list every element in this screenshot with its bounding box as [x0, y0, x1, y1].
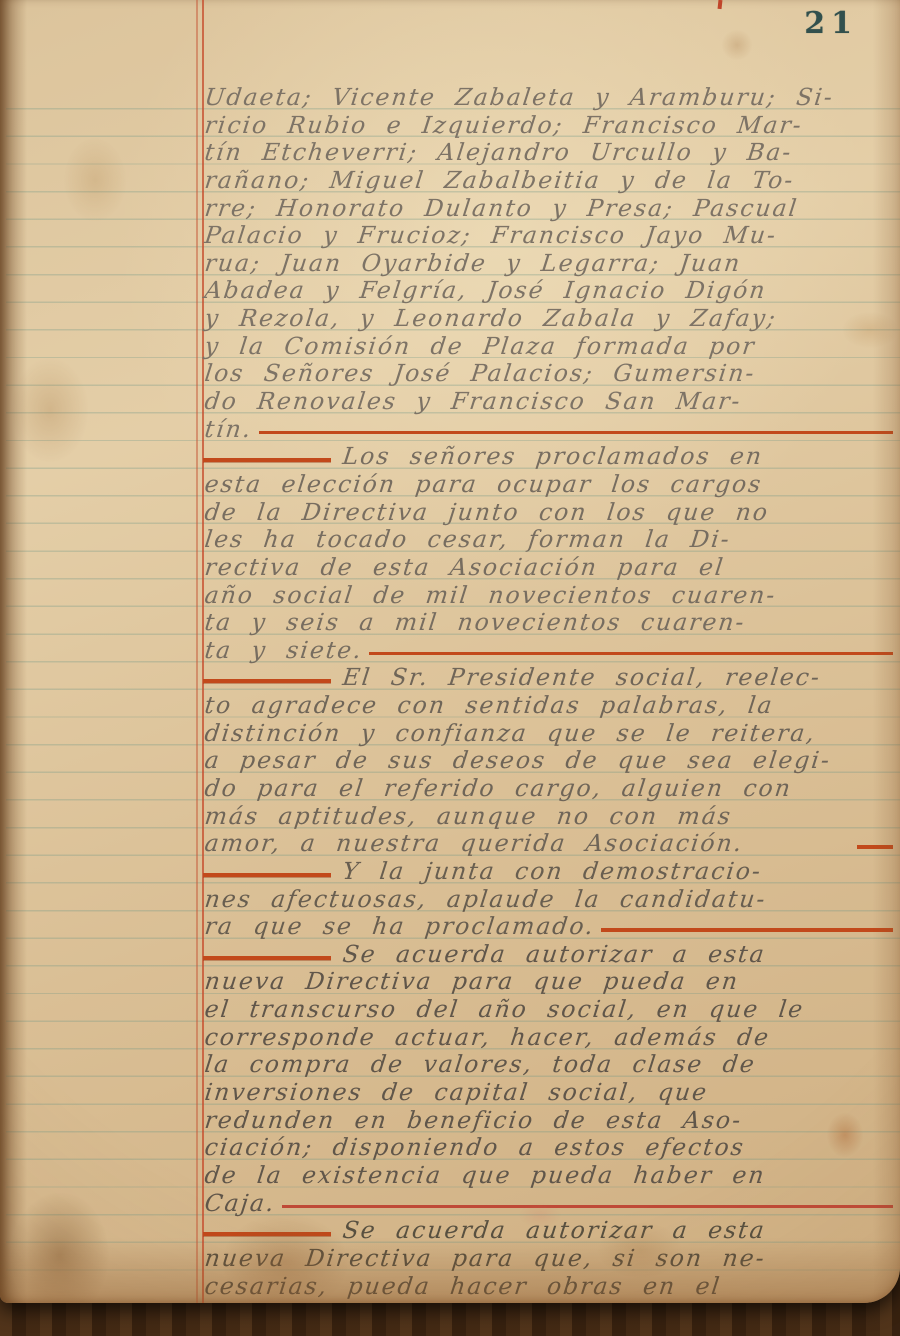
handwritten-text: ta y seis a mil novecientos cuaren-: [203, 609, 747, 637]
manuscript-line: nueva Directiva para que, si son ne-: [203, 1245, 895, 1273]
manuscript-line: ra que se ha proclamado.: [203, 913, 895, 941]
handwritten-text: Se acuerda autorizar a esta: [341, 1217, 767, 1245]
manuscript-line: Se acuerda autorizar a esta: [203, 1217, 895, 1245]
handwritten-text: les ha tocado cesar, forman la Di-: [203, 526, 732, 554]
handwritten-text: El Sr. Presidente social, reelec-: [341, 664, 823, 692]
manuscript-line: rua; Juan Oyarbide y Legarra; Juan: [203, 250, 895, 278]
handwritten-text: más aptitudes, aunque no con más: [203, 803, 734, 831]
handwritten-text: los Señores José Palacios; Gumersin-: [203, 360, 757, 388]
handwritten-text: do Renovales y Francisco San Mar-: [203, 388, 743, 416]
handwritten-text: ricio Rubio e Izquierdo; Francisco Mar-: [203, 112, 804, 140]
handwritten-text: to agradece con sentidas palabras, la: [203, 692, 775, 720]
handwritten-text: nes afectuosas, aplaude la candidatu-: [203, 886, 768, 914]
manuscript-line: ciación; disponiendo a estos efectos: [203, 1134, 895, 1162]
manuscript-line: inversiones de capital social, que: [203, 1079, 895, 1107]
red-filler-line: [203, 1232, 331, 1236]
manuscript-line: redunden en beneficio de esta Aso-: [203, 1107, 895, 1135]
handwritten-text: Palacio y Frucioz; Francisco Jayo Mu-: [203, 222, 779, 250]
manuscript-line: la compra de valores, toda clase de: [203, 1051, 895, 1079]
handwritten-text: rañano; Miguel Zabalbeitia y de la To-: [203, 167, 796, 195]
handwritten-text: do para el referido cargo, alguien con: [203, 775, 794, 803]
handwritten-text: Los señores proclamados en: [341, 443, 765, 471]
handwritten-text: distinción y confianza que se le reitera…: [203, 720, 818, 748]
manuscript-line: el transcurso del año social, en que le: [203, 996, 895, 1024]
manuscript-line: y la Comisión de Plaza formada por: [203, 333, 895, 361]
red-filler-line: [601, 928, 893, 932]
manuscript-line: de la Directiva junto con los que no: [203, 499, 895, 527]
manuscript-line: to agradece con sentidas palabras, la: [203, 692, 895, 720]
manuscript-line: Se acuerda autorizar a esta: [203, 941, 895, 969]
handwritten-text: a pesar de sus deseos de que sea elegi-: [203, 747, 833, 775]
handwritten-text: tín.: [203, 416, 254, 444]
manuscript-line: nueva Directiva para que pueda en: [203, 969, 895, 997]
manuscript-line: corresponde actuar, hacer, además de: [203, 1024, 895, 1052]
manuscript-line: de la existencia que pueda haber en: [203, 1162, 895, 1190]
manuscript-line: tín Etcheverri; Alejandro Urcullo y Ba-: [203, 139, 895, 167]
handwritten-text: Y la junta con demostracio-: [341, 858, 764, 886]
handwritten-text: nueva Directiva para que pueda en: [203, 968, 741, 996]
manuscript-line: El Sr. Presidente social, reelec-: [203, 664, 895, 692]
manuscript-line: les ha tocado cesar, forman la Di-: [203, 526, 895, 554]
handwritten-text: el transcurso del año social, en que le: [203, 996, 806, 1024]
manuscript-line: tín.: [203, 416, 895, 444]
handwritten-text: tín Etcheverri; Alejandro Urcullo y Ba-: [203, 139, 794, 167]
red-tick-mark: [718, 0, 723, 9]
handwritten-text: rectiva de esta Asociación para el: [203, 554, 726, 582]
handwritten-text: inversiones de capital social, que: [203, 1079, 710, 1107]
manuscript-line: y Rezola, y Leonardo Zabala y Zafay;: [203, 305, 895, 333]
manuscript-line: cesarias, pueda hacer obras en el: [203, 1273, 895, 1301]
margin-rule-outer: [196, 0, 198, 1303]
manuscript-line: nes afectuosas, aplaude la candidatu-: [203, 886, 895, 914]
manuscript-line: los Señores José Palacios; Gumersin-: [203, 360, 895, 388]
handwritten-text: ra que se ha proclamado.: [203, 913, 596, 941]
handwritten-text: redunden en beneficio de esta Aso-: [203, 1107, 744, 1135]
manuscript-line: Caja.: [203, 1190, 895, 1218]
handwritten-text: amor, a nuestra querida Asociación.: [203, 830, 745, 858]
red-filler-line: [259, 431, 893, 435]
manuscript-line: distinción y confianza que se le reitera…: [203, 720, 895, 748]
manuscript-line: Udaeta; Vicente Zabaleta y Aramburu; Si-: [203, 84, 895, 112]
handwritten-text: nueva Directiva para que, si son ne-: [203, 1245, 767, 1273]
manuscript-line: ta y seis a mil novecientos cuaren-: [203, 609, 895, 637]
red-filler-line: [369, 652, 893, 656]
handwritten-text: Caja.: [203, 1190, 277, 1218]
red-filler-line: [203, 956, 331, 960]
manuscript-line: año social de mil novecientos cuaren-: [203, 582, 895, 610]
red-filler-line: [203, 873, 331, 877]
photo-of-ledger: { "page": { "number": "21" }, "colors": …: [0, 0, 900, 1336]
handwritten-text: esta elección para ocupar los cargos: [203, 471, 764, 499]
manuscript-line: do para el referido cargo, alguien con: [203, 775, 895, 803]
red-filler-line: [203, 679, 331, 683]
manuscript-line: rectiva de esta Asociación para el: [203, 554, 895, 582]
red-filler-line: [857, 845, 893, 849]
manuscript-line: Los señores proclamados en: [203, 443, 895, 471]
handwritten-text: Abadea y Felgría, José Ignacio Digón: [203, 277, 768, 305]
ledger-page: 21 Udaeta; Vicente Zabaleta y Aramburu; …: [0, 0, 900, 1303]
red-filler-line: [282, 1205, 893, 1209]
handwritten-text: año social de mil novecientos cuaren-: [203, 582, 778, 610]
manuscript-text: Udaeta; Vicente Zabaleta y Aramburu; Si-…: [203, 84, 895, 1300]
handwritten-text: rua; Juan Oyarbide y Legarra; Juan: [203, 250, 743, 278]
manuscript-line: rañano; Miguel Zabalbeitia y de la To-: [203, 167, 895, 195]
handwritten-text: rre; Honorato Dulanto y Presa; Pascual: [203, 195, 800, 223]
handwritten-text: corresponde actuar, hacer, además de: [203, 1024, 772, 1052]
handwritten-text: de la Directiva junto con los que no: [203, 499, 771, 527]
handwritten-text: la compra de valores, toda clase de: [203, 1051, 757, 1079]
handwritten-text: Se acuerda autorizar a esta: [341, 941, 767, 969]
red-filler-line: [203, 458, 331, 462]
manuscript-line: ricio Rubio e Izquierdo; Francisco Mar-: [203, 112, 895, 140]
handwritten-text: ciación; disponiendo a estos efectos: [203, 1134, 747, 1162]
manuscript-line: Palacio y Frucioz; Francisco Jayo Mu-: [203, 222, 895, 250]
handwritten-text: y la Comisión de Plaza formada por: [203, 333, 757, 361]
handwritten-text: y Rezola, y Leonardo Zabala y Zafay;: [203, 305, 779, 333]
manuscript-line: amor, a nuestra querida Asociación.: [203, 830, 895, 858]
handwritten-text: de la existencia que pueda haber en: [203, 1162, 767, 1190]
manuscript-line: ta y siete.: [203, 637, 895, 665]
handwritten-text: Udaeta; Vicente Zabaleta y Aramburu; Si-: [203, 84, 836, 112]
page-number: 21: [804, 6, 858, 41]
manuscript-line: Y la junta con demostracio-: [203, 858, 895, 886]
handwritten-text: ta y siete.: [203, 637, 364, 665]
manuscript-line: rre; Honorato Dulanto y Presa; Pascual: [203, 195, 895, 223]
handwritten-text: cesarias, pueda hacer obras en el: [203, 1273, 723, 1301]
manuscript-line: a pesar de sus deseos de que sea elegi-: [203, 747, 895, 775]
manuscript-line: más aptitudes, aunque no con más: [203, 803, 895, 831]
manuscript-line: esta elección para ocupar los cargos: [203, 471, 895, 499]
manuscript-line: do Renovales y Francisco San Mar-: [203, 388, 895, 416]
manuscript-line: Abadea y Felgría, José Ignacio Digón: [203, 277, 895, 305]
